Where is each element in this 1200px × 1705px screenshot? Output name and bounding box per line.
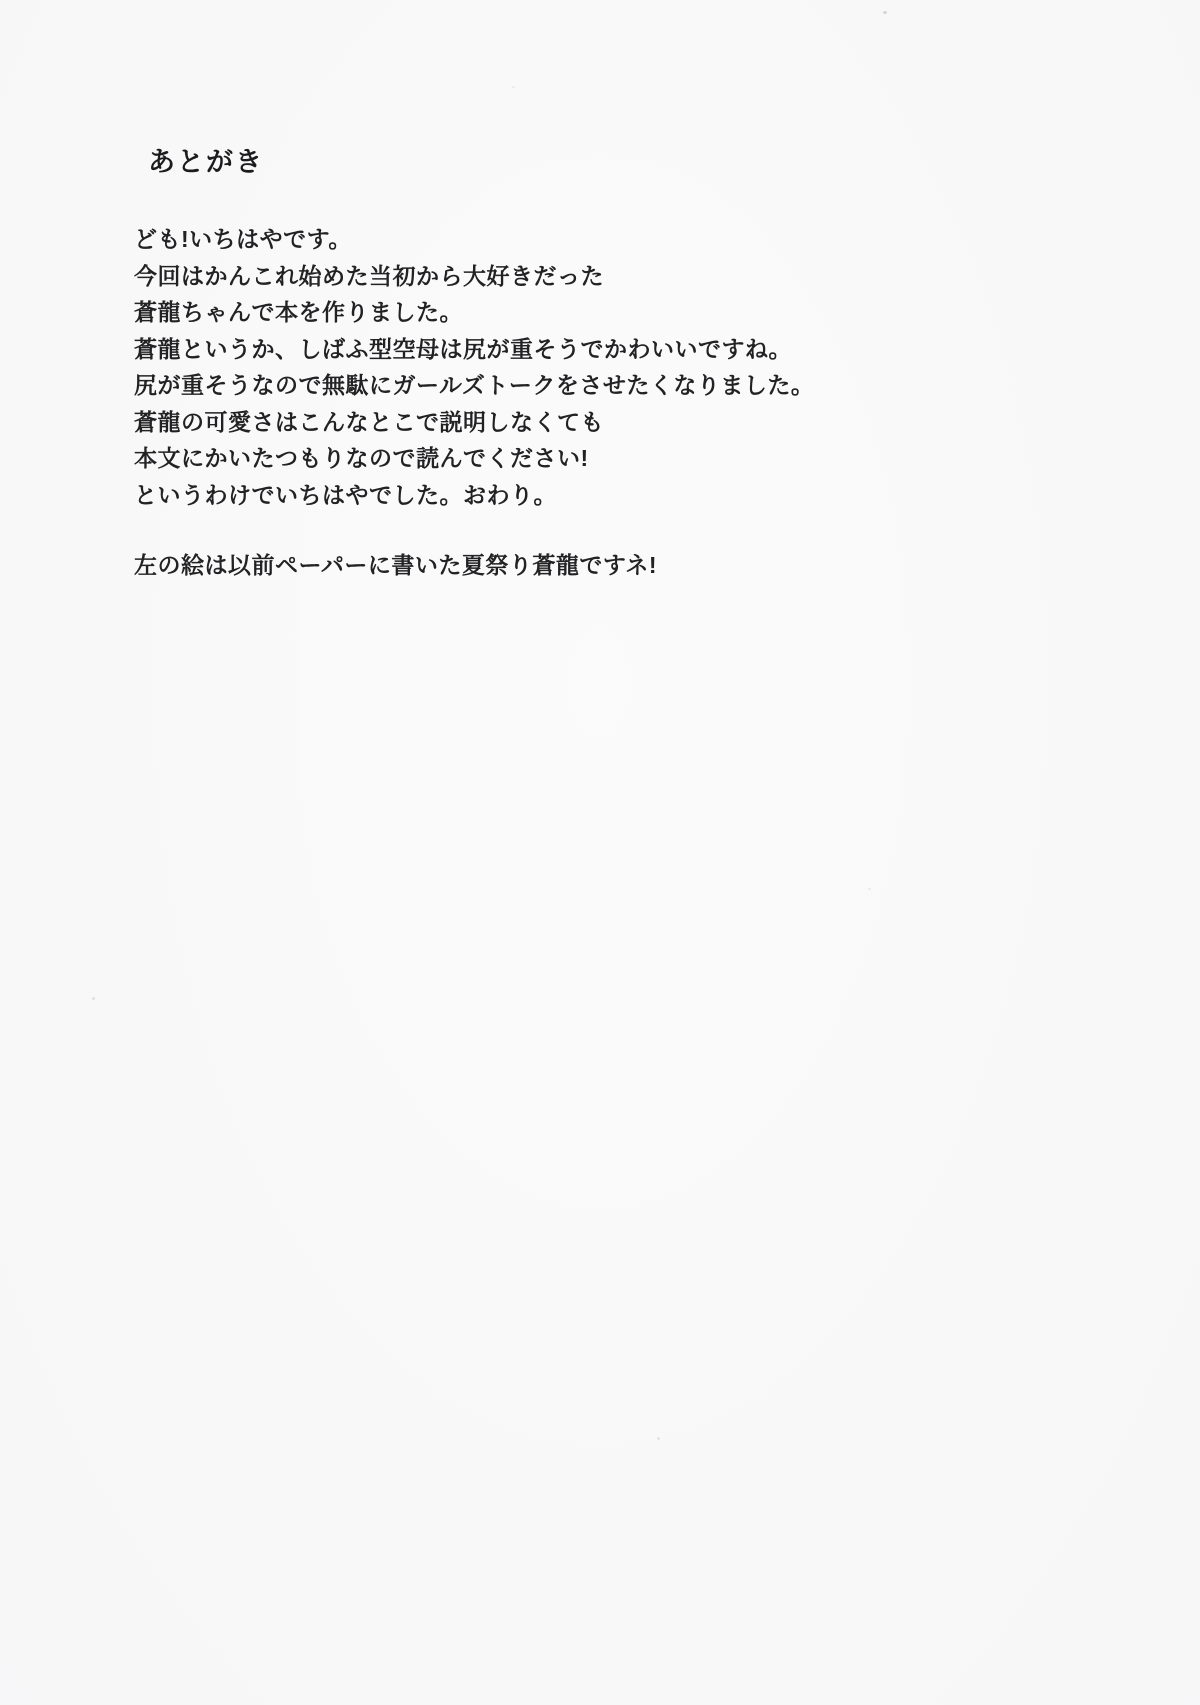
text-line: 蒼龍というか、しばふ型空母は尻が重そうでかわいいですね。 [134, 331, 1114, 368]
page-title: あとがき [148, 140, 264, 179]
scan-speck [512, 86, 515, 88]
scan-speck [657, 1437, 660, 1440]
scan-speck [883, 11, 887, 14]
text-line: 蒼龍ちゃんで本を作りました。 [134, 294, 1114, 331]
text-line: 本文にかいたつもりなので読んでください! [134, 440, 1114, 477]
text-line: 蒼龍の可愛さはこんなとこで説明しなくても [134, 404, 1114, 441]
text-line: 今回はかんこれ始めた当初から大好きだった [134, 258, 1114, 295]
text-line: というわけでいちはやでした。おわり。 [134, 477, 1114, 514]
footer-note: 左の絵は以前ペーパーに書いた夏祭り蒼龍ですネ! [134, 547, 657, 584]
afterword-paragraph: ども!いちはやです。 今回はかんこれ始めた当初から大好きだった 蒼龍ちゃんで本を… [134, 221, 1114, 513]
scan-speck [868, 888, 871, 890]
text-line: ども!いちはやです。 [134, 221, 1114, 258]
scanned-page: あとがき ども!いちはやです。 今回はかんこれ始めた当初から大好きだった 蒼龍ち… [0, 0, 1200, 1705]
scan-speck [92, 997, 95, 1000]
text-line: 尻が重そうなので無駄にガールズトークをさせたくなりました。 [134, 367, 1114, 404]
